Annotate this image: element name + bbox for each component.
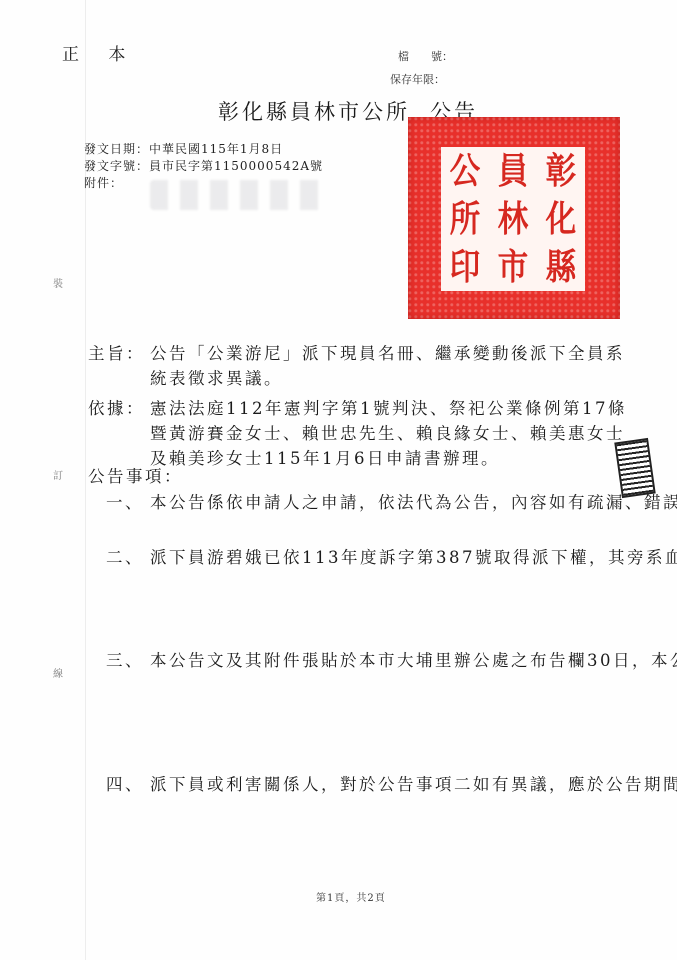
subject-text: 公告「公業游尼」派下現員名冊、繼承變動後派下全員系統表徵求異議。 bbox=[88, 341, 628, 391]
announcement-items-title: 公告事項： bbox=[88, 463, 183, 487]
document-number: 發文字號：員市民字第1150000542A號 bbox=[84, 157, 323, 174]
item-number: 一、 bbox=[106, 490, 144, 515]
announcement-item: 四、 派下員或利害關係人，對於公告事項二如有異議，應於公告期間內(公告期間：11… bbox=[106, 772, 628, 797]
seal-char: 印 bbox=[445, 243, 486, 291]
basis-text: 憲法法庭112年憲判字第1號判決、祭祀公業條例第17條暨黃游賽金女士、賴世忠先生… bbox=[88, 396, 628, 471]
seal-char: 公 bbox=[445, 147, 486, 195]
announcement-item: 三、 本公告文及其附件張貼於本市大埔里辦公處之布告欄30日，本公告文刊登於本所電… bbox=[106, 648, 628, 673]
seal-char: 所 bbox=[445, 195, 486, 243]
item-text: 派下員或利害關係人，對於公告事項二如有異議，應於公告期間內(公告期間：115年1… bbox=[106, 772, 628, 797]
item-text: 本公告係依申請人之申請，依法代為公告，內容如有疏漏、錯誤或虛偽不實情事，概由申請… bbox=[106, 490, 628, 515]
official-seal-stamp: 彰 化 縣 員 林 市 公 所 印 bbox=[408, 117, 620, 319]
basis-section: 依據： 憲法法庭112年憲判字第1號判決、祭祀公業條例第17條暨黃游賽金女士、賴… bbox=[88, 396, 628, 471]
issue-date: 發文日期：中華民國115年1月8日 bbox=[84, 140, 283, 157]
binding-mark-xian: 線 bbox=[53, 665, 63, 680]
announcement-item: 二、 派下員游碧娥已依113年度訴字第387號取得派下權，其旁系血親賴游坤鑾及黃… bbox=[106, 545, 628, 570]
retention-period-field: 保存年限： bbox=[390, 71, 445, 87]
seal-char: 化 bbox=[541, 195, 582, 243]
attachment-field: 附件： bbox=[84, 174, 123, 191]
seal-char: 林 bbox=[493, 195, 534, 243]
item-number: 二、 bbox=[106, 545, 144, 570]
archive-number-label: 檔 號： bbox=[398, 48, 453, 64]
announcement-item: 一、 本公告係依申請人之申請，依法代為公告，內容如有疏漏、錯誤或虛偽不實情事，概… bbox=[106, 490, 628, 515]
item-text: 本公告文及其附件張貼於本市大埔里辦公處之布告欄30日，本公告文刊登於本所電腦資訊… bbox=[106, 648, 628, 673]
document-page: 裝 訂 線 正 本 檔 號： 保存年限： 彰化縣員林市公所公告 發文日期：中華民… bbox=[0, 0, 677, 960]
seal-char: 市 bbox=[493, 243, 534, 291]
item-number: 四、 bbox=[106, 772, 144, 797]
item-number: 三、 bbox=[106, 648, 144, 673]
seal-char: 縣 bbox=[541, 243, 582, 291]
item-text: 派下員游碧娥已依113年度訴字第387號取得派下權，其旁系血親賴游坤鑾及黃游賽金… bbox=[106, 545, 628, 570]
seal-char: 彰 bbox=[541, 147, 582, 195]
subject-section: 主旨： 公告「公業游尼」派下現員名冊、繼承變動後派下全員系統表徵求異議。 bbox=[88, 341, 628, 391]
basis-label: 依據： bbox=[88, 396, 145, 421]
page-number-footer: 第1頁，共2頁 bbox=[316, 889, 386, 904]
binding-mark-ding: 訂 bbox=[53, 467, 63, 482]
subject-label: 主旨： bbox=[88, 341, 145, 366]
copy-mark: 正 本 bbox=[62, 40, 137, 65]
faded-stamp-impression bbox=[150, 180, 330, 210]
seal-char: 員 bbox=[493, 147, 534, 195]
archive-number-field: 檔 號： bbox=[398, 48, 453, 64]
binding-mark-zhuang: 裝 bbox=[53, 275, 63, 290]
retention-period-label: 保存年限： bbox=[390, 71, 445, 87]
issuer-name: 彰化縣員林市公所 bbox=[218, 100, 410, 124]
seal-inner-field: 彰 化 縣 員 林 市 公 所 印 bbox=[441, 147, 585, 291]
